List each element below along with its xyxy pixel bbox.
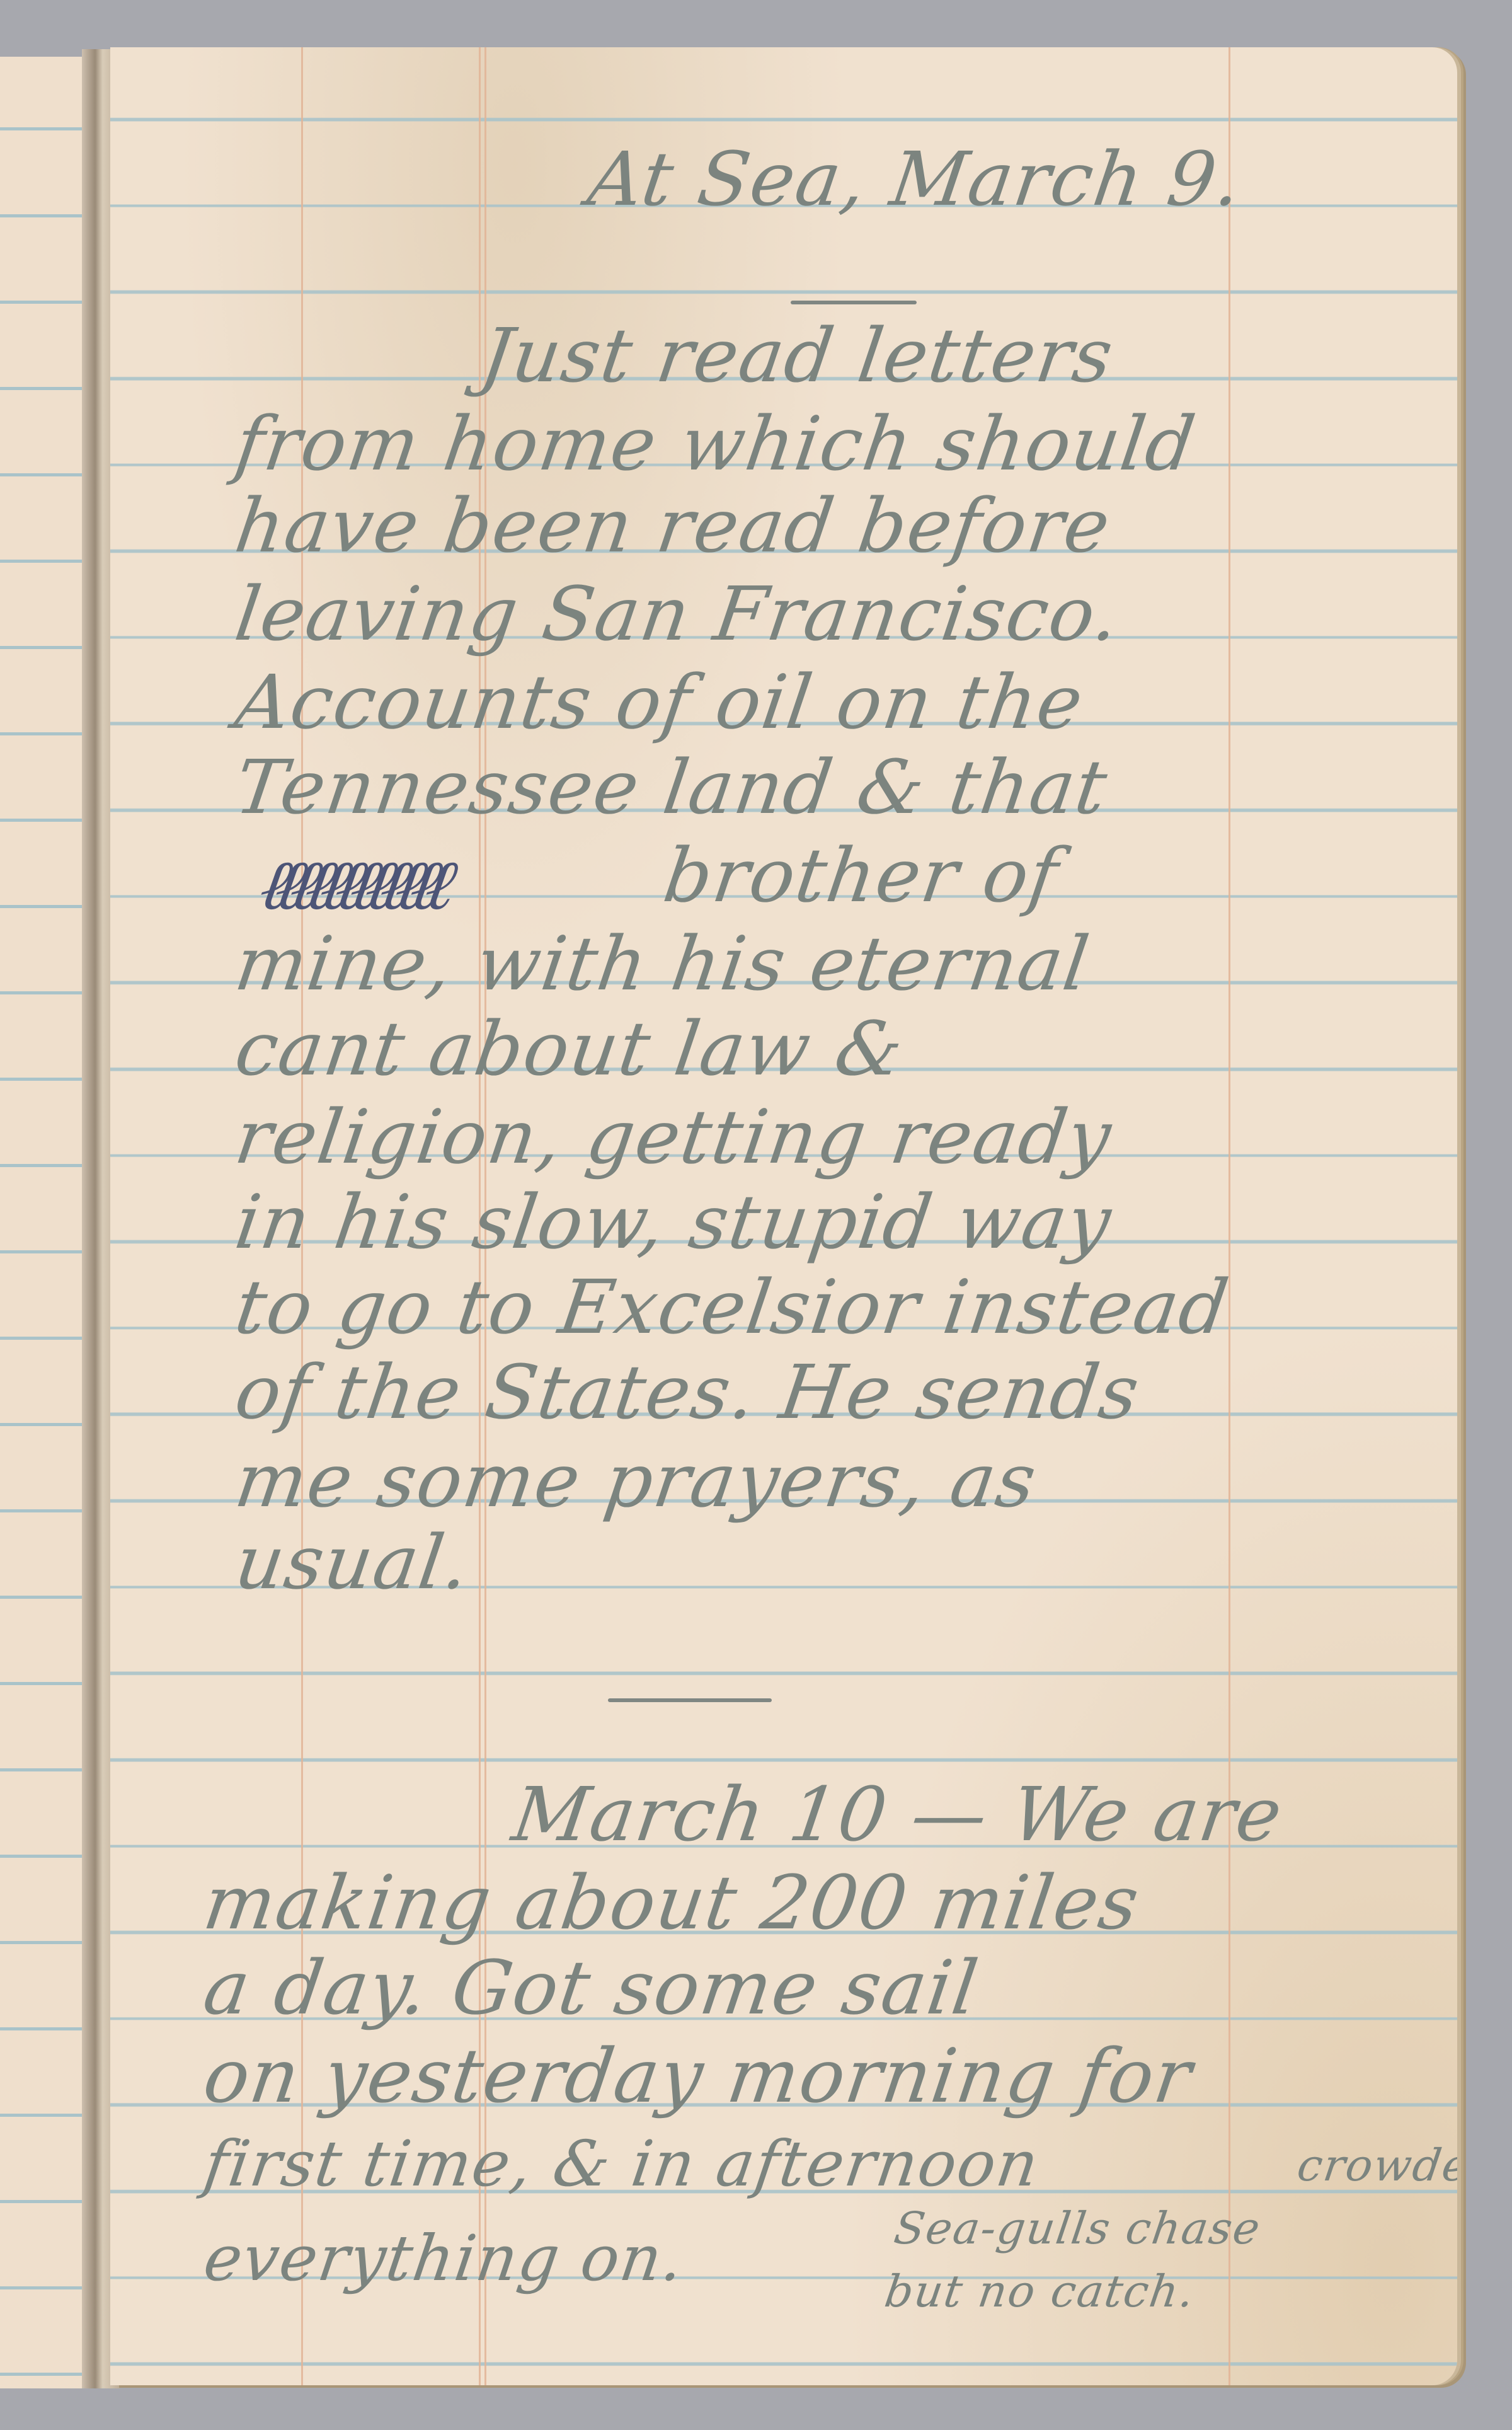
entry-line: cant about law &	[230, 1005, 909, 1092]
ink-scribble: ℓℓℓℓℓℓℓℓℓℓℓℓ	[255, 844, 449, 926]
entry-divider	[608, 1698, 772, 1702]
entry-line: everything on.	[200, 2221, 689, 2295]
entry-line: of the States. He sends	[230, 1349, 1145, 1436]
entry-line: Just read letters	[476, 312, 1119, 399]
entry-line: usual.	[230, 1519, 476, 1606]
entry-line: to go to Excelsior instead	[230, 1264, 1234, 1350]
entry-line: first time, & in afternoon	[200, 2127, 1044, 2201]
entry-line: mine, with his eternal	[230, 920, 1095, 1007]
entry-line: on yesterday morning for	[198, 2032, 1198, 2119]
left-page-edge	[0, 57, 82, 2388]
entry-heading: March 10 — We are	[507, 1771, 1288, 1858]
entry-line: me some prayers, as	[230, 1437, 1042, 1524]
entry-line: making about 200 miles	[198, 1859, 1145, 1946]
entry-line: Tennessee land & that	[230, 744, 1113, 831]
entry-line: leaving San Francisco.	[230, 570, 1125, 657]
entry-line: in his slow, stupid way	[230, 1178, 1117, 1265]
marginal-note: Sea-gulls chase	[891, 2203, 1264, 2254]
marginal-note: but no catch.	[881, 2266, 1198, 2317]
entry-line: religion, getting ready	[230, 1093, 1117, 1180]
entry-line: brother of	[658, 832, 1064, 919]
entry-line: have been read before	[230, 482, 1116, 569]
margin-line-right	[1228, 47, 1230, 2385]
marginal-note: crowded	[1294, 2139, 1457, 2191]
entry-heading: At Sea, March 9.	[583, 135, 1247, 222]
entry-line: Accounts of oil on the	[230, 659, 1089, 746]
heading-underline	[791, 301, 917, 304]
diary-page: At Sea, March 9. Just read letters from …	[110, 47, 1457, 2385]
entry-line: from home which should	[230, 400, 1201, 487]
entry-line: a day. Got some sail	[198, 1944, 984, 2031]
